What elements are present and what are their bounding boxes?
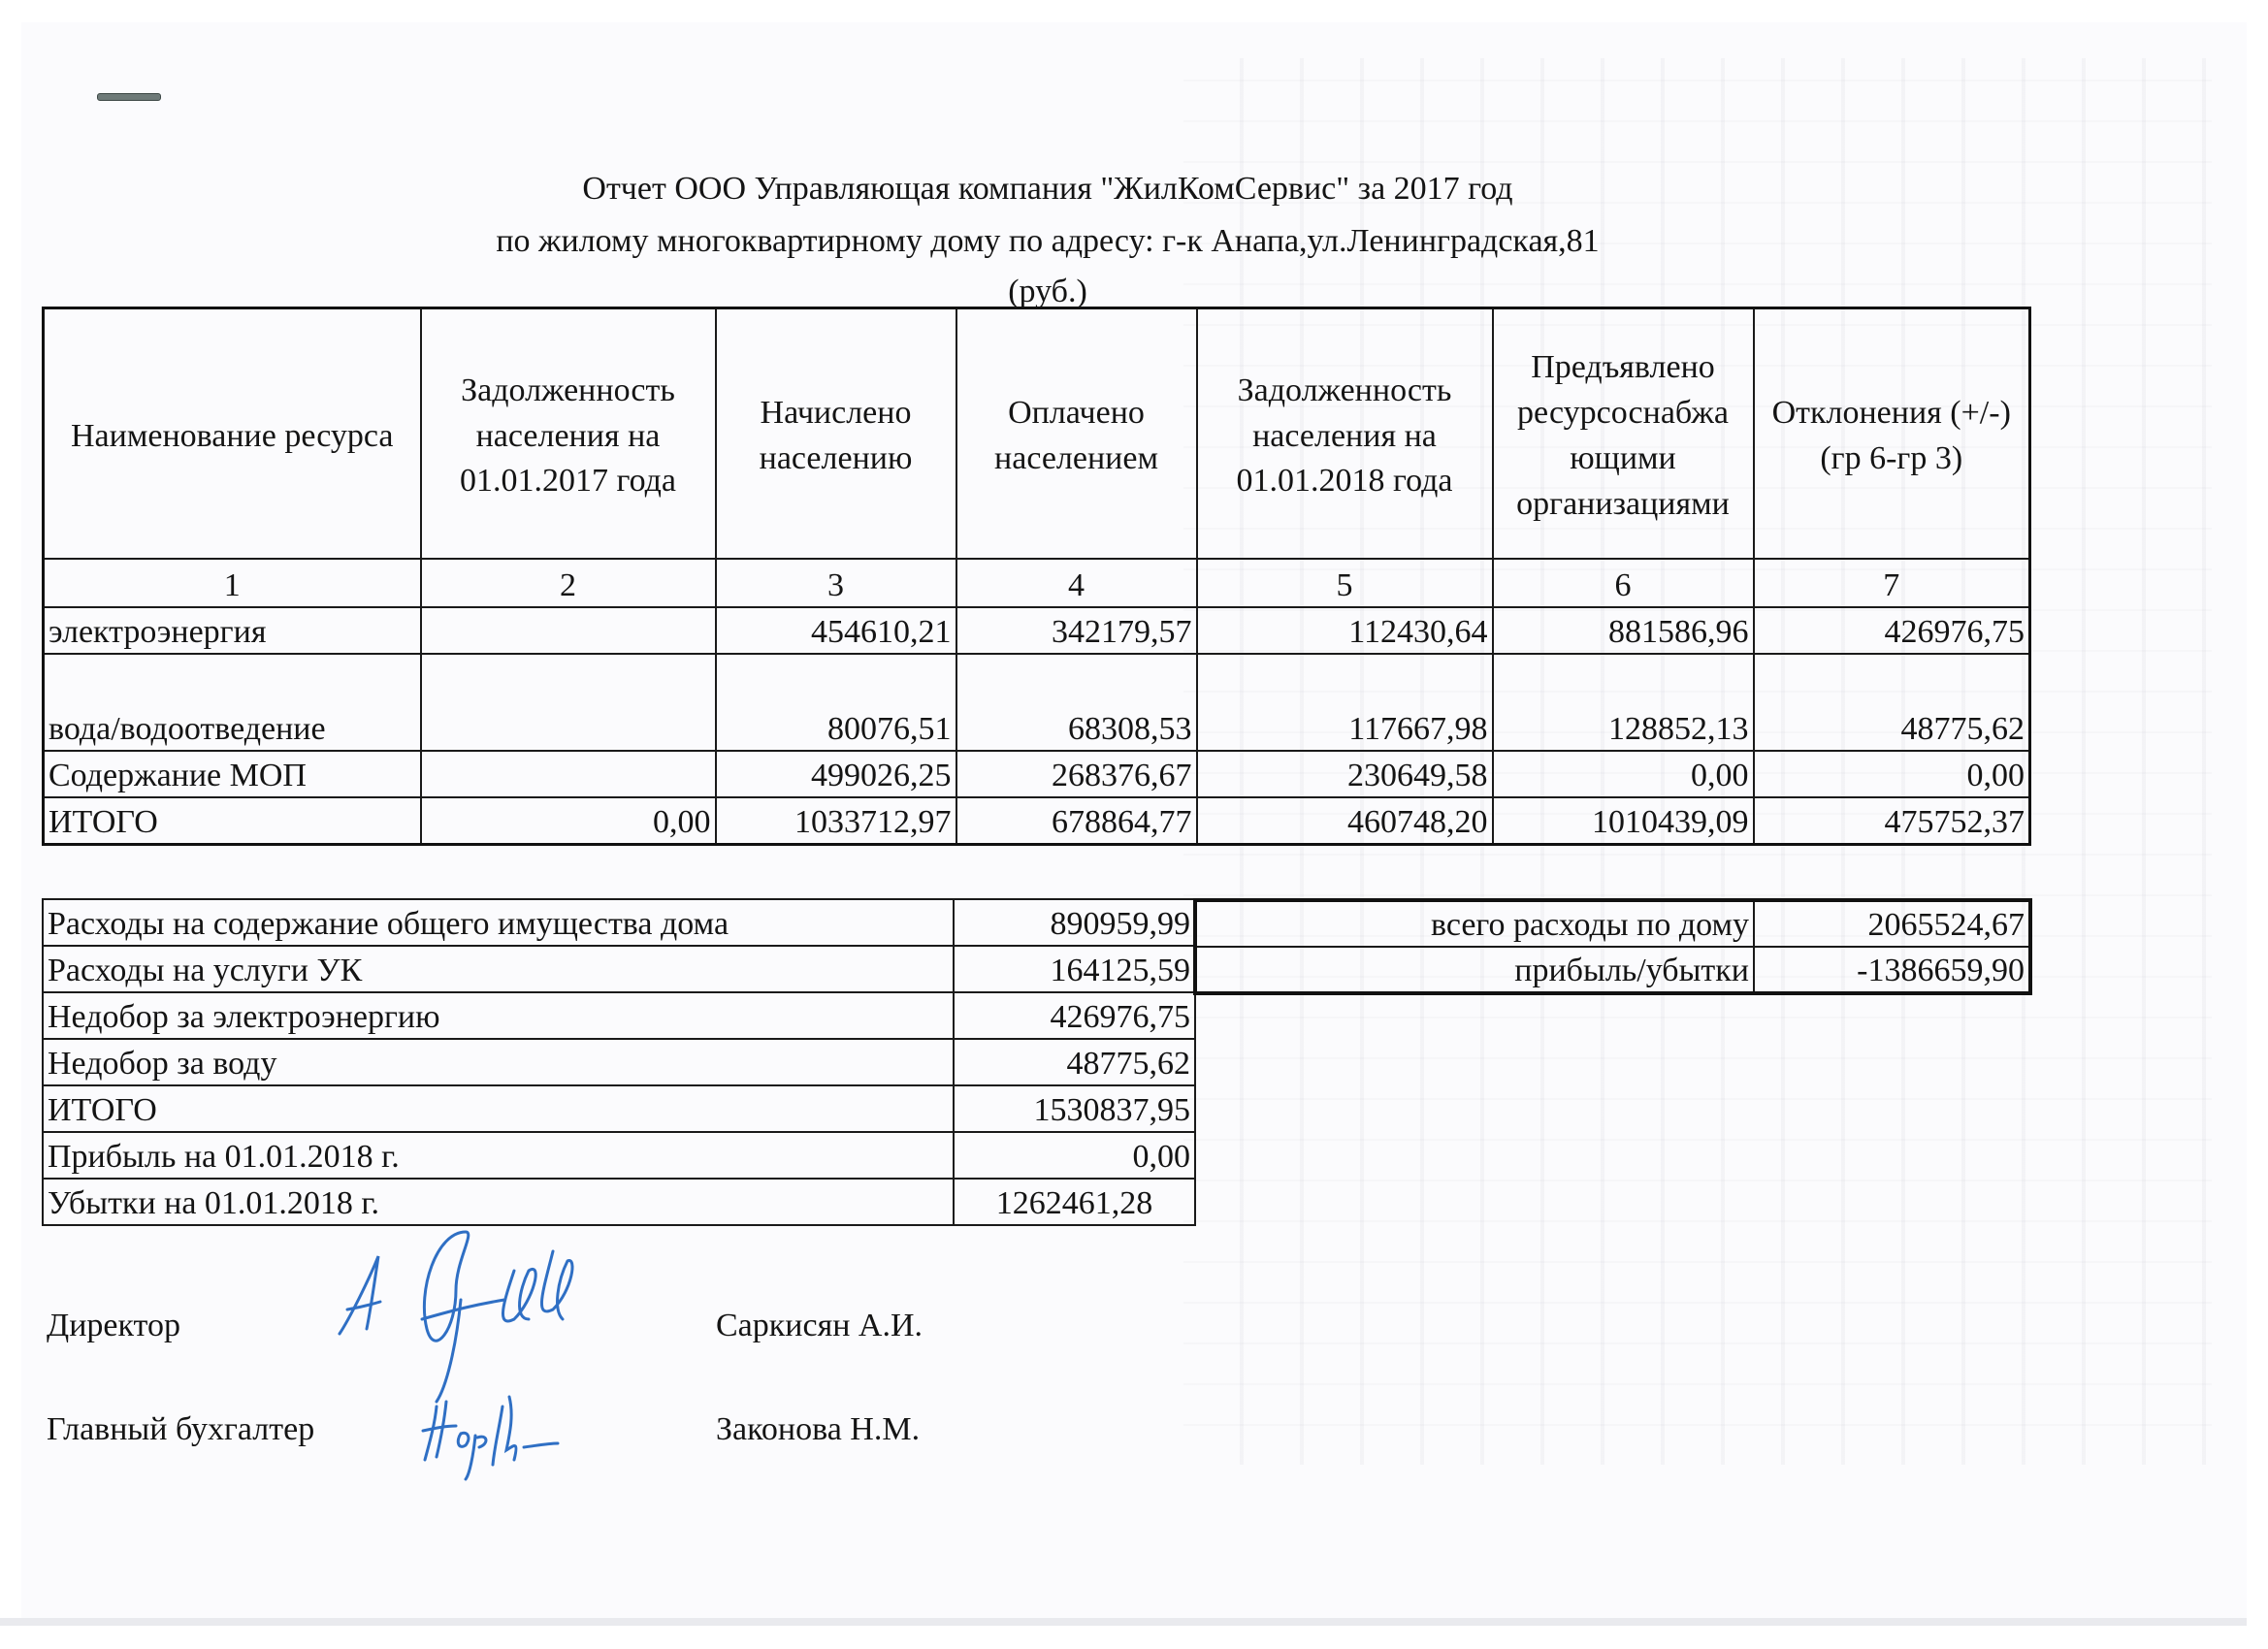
presented: 1010439,09	[1493, 797, 1754, 845]
paid: 268376,67	[956, 751, 1197, 797]
totals-label: всего расходы по дому	[1195, 900, 1754, 947]
presented: 0,00	[1493, 751, 1754, 797]
totals-value: 2065524,67	[1754, 900, 2030, 947]
table-row: вода/водоотведение 80076,51 68308,53 117…	[44, 654, 2030, 751]
summary-value: 426976,75	[954, 992, 1195, 1039]
summary-value: 1530837,95	[954, 1085, 1195, 1132]
table-row: электроэнергия 454610,21 342179,57 11243…	[44, 607, 2030, 654]
column-number: 7	[1754, 559, 2030, 607]
report-unit: (руб.)	[388, 275, 1707, 308]
column-number: 6	[1493, 559, 1754, 607]
summary-value: 890959,99	[954, 899, 1195, 946]
column-number: 1	[44, 559, 421, 607]
page-edge	[0, 1618, 2247, 1626]
director-signature	[320, 1212, 669, 1406]
paid: 342179,57	[956, 607, 1197, 654]
table-total-row: ИТОГО 0,00 1033712,97 678864,77 460748,2…	[44, 797, 2030, 845]
column-number-row: 1 2 3 4 5 6 7	[44, 559, 2030, 607]
presented: 128852,13	[1493, 654, 1754, 751]
table-row: Расходы на содержание общего имущества д…	[43, 899, 1195, 946]
chief-accountant-name: Законова Н.М.	[716, 1411, 920, 1448]
table-row: Расходы на услуги УК 164125,59	[43, 946, 1195, 992]
charged: 454610,21	[716, 607, 956, 654]
deviation: 48775,62	[1754, 654, 2030, 751]
header-cell: Предъявлено ресурсоснабжа ющими организа…	[1493, 308, 1754, 560]
summary-label: Недобор за электроэнергию	[43, 992, 954, 1039]
header-cell: Оплачено населением	[956, 308, 1197, 560]
resource-name: вода/водоотведение	[44, 654, 421, 751]
summary-label: Прибыль на 01.01.2018 г.	[43, 1132, 954, 1179]
expenses-summary-table: Расходы на содержание общего имущества д…	[42, 898, 1196, 1226]
table-row: Недобор за электроэнергию 426976,75	[43, 992, 1195, 1039]
debt-2018: 112430,64	[1197, 607, 1493, 654]
house-totals-box: всего расходы по дому 2065524,67 прибыль…	[1193, 898, 2032, 995]
report-address: по жилому многоквартирному дому по адрес…	[388, 225, 1707, 258]
header-cell: Отклонения (+/-)(гр 6-гр 3)	[1754, 308, 2030, 560]
deviation: 475752,37	[1754, 797, 2030, 845]
presented: 881586,96	[1493, 607, 1754, 654]
debt-2017	[421, 607, 716, 654]
summary-value: 164125,59	[954, 946, 1195, 992]
debt-2017	[421, 751, 716, 797]
director-name: Саркисян А.И.	[716, 1308, 923, 1344]
debt-2017	[421, 654, 716, 751]
accountant-signature	[417, 1387, 592, 1484]
table-row: Прибыль на 01.01.2018 г. 0,00	[43, 1132, 1195, 1179]
table-row: Содержание МОП 499026,25 268376,67 23064…	[44, 751, 2030, 797]
paid: 68308,53	[956, 654, 1197, 751]
resource-table: Наименование ресурса Задолженность насел…	[42, 307, 2031, 846]
deviation: 0,00	[1754, 751, 2030, 797]
staple-mark	[97, 93, 161, 101]
charged: 1033712,97	[716, 797, 956, 845]
debt-2018: 117667,98	[1197, 654, 1493, 751]
resource-name: Содержание МОП	[44, 751, 421, 797]
chief-accountant-label: Главный бухгалтер	[47, 1411, 314, 1448]
column-number: 2	[421, 559, 716, 607]
table-row: прибыль/убытки -1386659,90	[1195, 947, 2030, 993]
column-number: 3	[716, 559, 956, 607]
deviation: 426976,75	[1754, 607, 2030, 654]
summary-label: ИТОГО	[43, 1085, 954, 1132]
report-title: Отчет ООО Управляющая компания "ЖилКомСе…	[388, 173, 1707, 206]
summary-value: 0,00	[954, 1132, 1195, 1179]
summary-label: Недобор за воду	[43, 1039, 954, 1085]
charged: 80076,51	[716, 654, 956, 751]
column-number: 4	[956, 559, 1197, 607]
debt-2018: 230649,58	[1197, 751, 1493, 797]
table-header-row: Наименование ресурса Задолженность насел…	[44, 308, 2030, 560]
debt-2018: 460748,20	[1197, 797, 1493, 845]
director-label: Директор	[47, 1308, 180, 1344]
resource-name: ИТОГО	[44, 797, 421, 845]
charged: 499026,25	[716, 751, 956, 797]
paid: 678864,77	[956, 797, 1197, 845]
summary-value: 48775,62	[954, 1039, 1195, 1085]
totals-value: -1386659,90	[1754, 947, 2030, 993]
summary-value: 1262461,28	[954, 1179, 1195, 1225]
column-number: 5	[1197, 559, 1493, 607]
header-cell: Наименование ресурса	[44, 308, 421, 560]
header-cell: Начислено населению	[716, 308, 956, 560]
debt-2017: 0,00	[421, 797, 716, 845]
table-row: всего расходы по дому 2065524,67	[1195, 900, 2030, 947]
table-row: Недобор за воду 48775,62	[43, 1039, 1195, 1085]
resource-name: электроэнергия	[44, 607, 421, 654]
summary-label: Расходы на содержание общего имущества д…	[43, 899, 954, 946]
summary-label: Расходы на услуги УК	[43, 946, 954, 992]
table-row: ИТОГО 1530837,95	[43, 1085, 1195, 1132]
totals-label: прибыль/убытки	[1195, 947, 1754, 993]
header-cell: Задолженность населения на 01.01.2018 го…	[1197, 308, 1493, 560]
header-cell: Задолженность населения на 01.01.2017 го…	[421, 308, 716, 560]
